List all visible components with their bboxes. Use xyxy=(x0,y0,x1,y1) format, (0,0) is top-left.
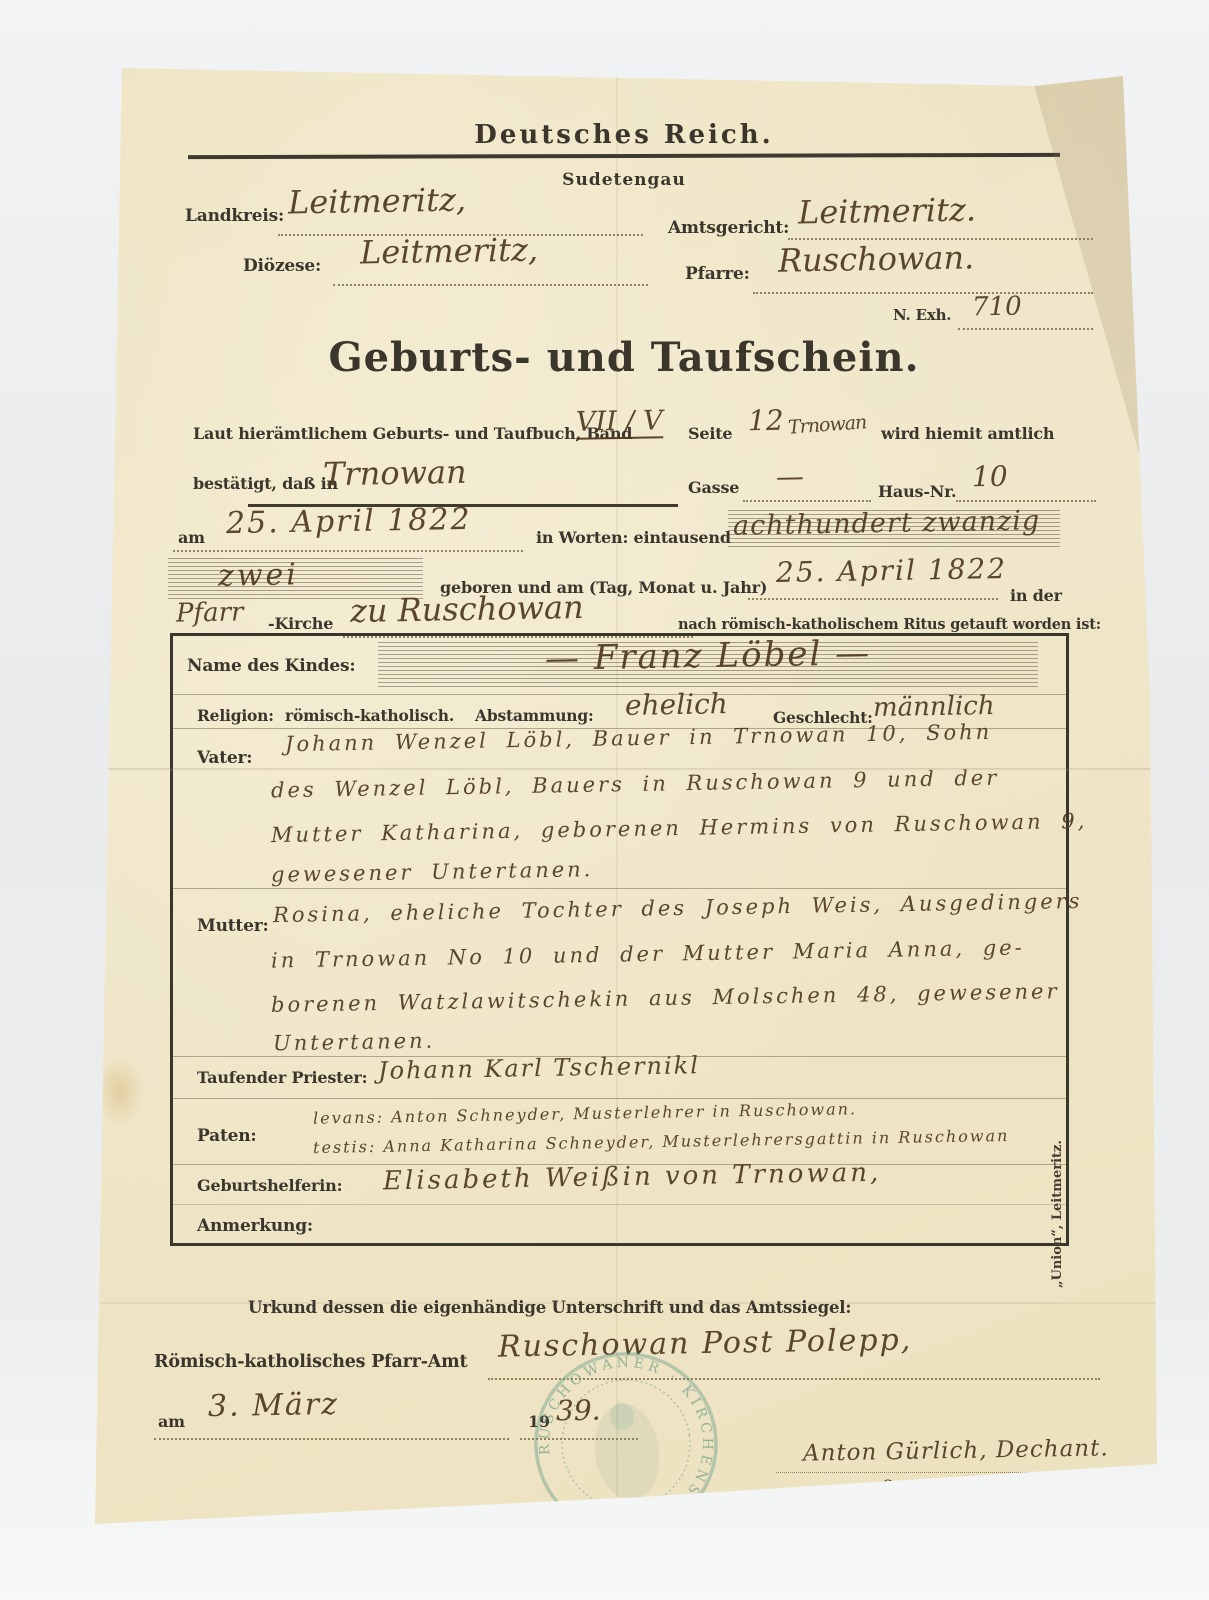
seite-label: Seite xyxy=(688,424,732,443)
exhibit-number-label: N. Exh. xyxy=(893,306,951,324)
document-title: Geburts- und Taufschein. xyxy=(188,334,1060,381)
intro-text: bestätigt, daß in xyxy=(193,474,338,493)
gasse-label: Gasse xyxy=(688,478,739,497)
band-value: VII / V xyxy=(576,405,663,440)
dioezese-value: Leitmeritz, xyxy=(360,230,539,271)
printer-mark: „Union“, Leitmeritz. xyxy=(1050,1138,1065,1288)
row-divider xyxy=(173,888,1066,889)
paper-stain xyxy=(88,1043,152,1138)
issue-date-value: 3. März xyxy=(208,1387,340,1424)
mother-entry-line: in Trnowan No 10 und der Mutter Maria An… xyxy=(271,935,1025,972)
godparent-entry-line: levans: Anton Schneyder, Musterlehrer in… xyxy=(313,1099,857,1127)
amtsgericht-label: Amtsgericht: xyxy=(668,218,789,238)
photo-background: Deutsches Reich. Sudetengau Landkreis: L… xyxy=(0,0,1209,1600)
parish-office-label: Römisch-katholisches Pfarr-Amt xyxy=(154,1352,467,1372)
abstammung-label: Abstammung: xyxy=(475,706,594,725)
dotted-line xyxy=(173,550,523,552)
gasse-value: — xyxy=(776,460,805,493)
godparents-label: Paten: xyxy=(197,1126,256,1146)
remark-label: Anmerkung: xyxy=(197,1216,313,1236)
church-type-value: Pfarr xyxy=(176,597,244,628)
dotted-line xyxy=(956,500,1096,502)
hausnr-label: Haus-Nr. xyxy=(878,482,956,501)
row-divider xyxy=(173,1204,1066,1205)
seite-annotation: Trnowan xyxy=(787,411,867,438)
father-entry-line: Johann Wenzel Löbl, Bauer in Trnowan 10,… xyxy=(285,720,993,756)
country-heading: Deutsches Reich. xyxy=(188,120,1060,150)
attestation-text: Urkund dessen die eigenhändige Unterschr… xyxy=(248,1298,851,1317)
dotted-line xyxy=(753,292,1093,294)
dotted-line xyxy=(776,1472,1101,1473)
baptism-date-value: 25. April 1822 xyxy=(776,552,1008,589)
child-name-label: Name des Kindes: xyxy=(187,656,355,676)
row-divider xyxy=(173,1098,1066,1099)
birthplace-value: Trnowan xyxy=(323,453,467,494)
record-table: Name des Kindes: — Franz Löbel — Religio… xyxy=(170,633,1069,1246)
date-label: am xyxy=(158,1412,185,1431)
header-rule xyxy=(188,153,1060,159)
horizontal-crease xyxy=(88,768,1160,771)
mother-entry-line: Untertanen. xyxy=(273,1029,436,1056)
seite-value: 12 xyxy=(748,404,784,438)
father-entry-line: gewesener Untertanen. xyxy=(271,857,594,887)
dotted-line xyxy=(748,598,998,600)
certificate-document: Deutsches Reich. Sudetengau Landkreis: L… xyxy=(88,58,1160,1528)
signature-value: Anton Gürlich, Dechant. xyxy=(803,1435,1109,1466)
kirche-label: -Kirche xyxy=(268,614,333,633)
amtsgericht-value: Leitmeritz. xyxy=(798,190,977,231)
in-der-label: in der xyxy=(1010,586,1062,605)
geschlecht-value: männlich xyxy=(873,691,995,723)
father-label: Vater: xyxy=(197,748,252,768)
mother-entry-line: Rosina, eheliche Tochter des Joseph Weis… xyxy=(273,889,1083,927)
intro-text: Laut hierämtlichem Geburts- und Taufbuch… xyxy=(193,424,632,443)
religion-label: Religion: xyxy=(197,706,274,725)
pfarre-value: Ruschowan. xyxy=(778,238,975,279)
godparent-entry-line: testis: Anna Katharina Schneyder, Muster… xyxy=(313,1126,1010,1157)
dotted-line xyxy=(958,328,1093,330)
horizontal-crease xyxy=(88,1302,1160,1304)
dotted-line xyxy=(154,1438,509,1440)
hausnr-value: 10 xyxy=(972,460,1008,494)
church-seal: RUSCHOWANER · KIRCHENSIEGEL · xyxy=(515,1333,736,1554)
dotted-line xyxy=(743,500,871,502)
abstammung-value: ehelich xyxy=(625,687,728,722)
religion-value: römisch-katholisch. xyxy=(285,706,454,725)
dioezese-label: Diözese: xyxy=(243,256,321,276)
signature-role-label: Seelsorger xyxy=(883,1478,969,1494)
pfarre-label: Pfarre: xyxy=(685,264,750,284)
birthdate-value: 25. April 1822 xyxy=(226,502,472,541)
intro-text: wird hiemit amtlich xyxy=(881,424,1054,443)
father-entry-line: Mutter Katharina, geborenen Hermins von … xyxy=(271,809,1088,847)
landkreis-label: Landkreis: xyxy=(185,206,284,226)
mother-entry-line: borenen Watzlawitschekin aus Molschen 48… xyxy=(271,979,1060,1017)
father-entry-line: des Wenzel Löbl, Bauers in Ruschowan 9 u… xyxy=(271,766,1000,803)
am-label: am xyxy=(178,528,205,547)
landkreis-value: Leitmeritz, xyxy=(288,180,467,221)
in-worten-label: in Worten: eintausend xyxy=(536,528,731,547)
priest-value: Johann Karl Tschernikl xyxy=(378,1051,700,1085)
year-in-words-part1: achthundert zwanzig xyxy=(733,505,1041,541)
mother-label: Mutter: xyxy=(197,916,269,936)
exhibit-number-value: 710 xyxy=(972,292,1022,323)
midwife-label: Geburtshelferin: xyxy=(197,1176,342,1195)
dotted-line xyxy=(333,284,648,286)
priest-label: Taufender Priester: xyxy=(197,1068,367,1087)
church-place-value: zu Ruschowan xyxy=(350,588,584,630)
vertical-crease xyxy=(616,58,618,1528)
year-in-words-part2: zwei xyxy=(218,557,299,593)
